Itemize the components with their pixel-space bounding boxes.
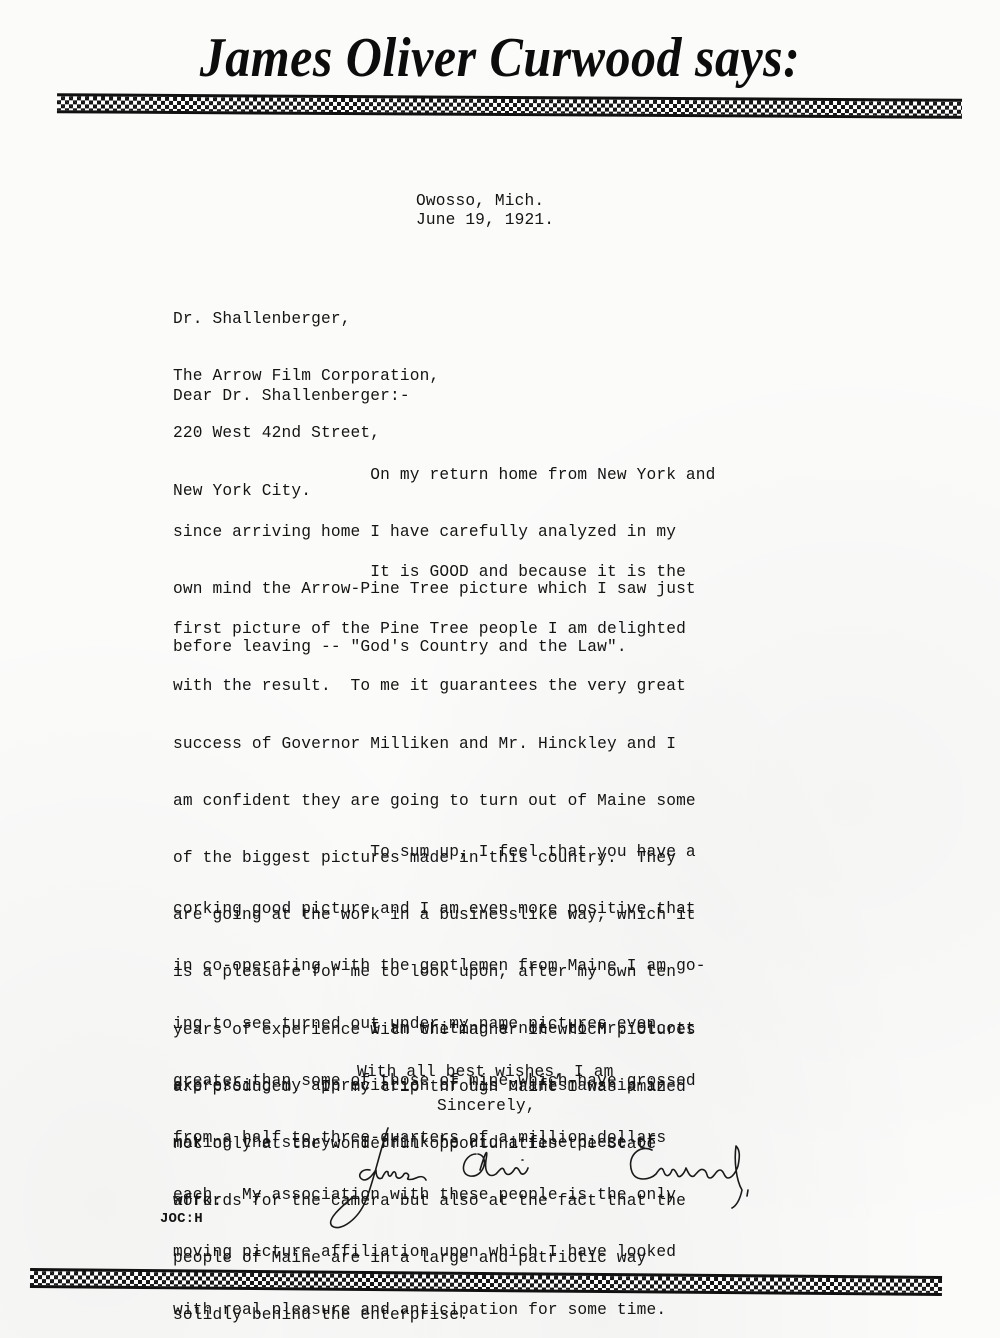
- paragraph-line: moving picture affiliation upon which I …: [173, 1243, 706, 1262]
- paragraph-line: in co-operating with the gentlemen from …: [173, 957, 706, 976]
- handwritten-signature: James Oliver Curwood: [300, 1120, 840, 1240]
- paragraph-line: corking good picture and I am even more …: [173, 900, 706, 919]
- closing-line: With all best wishes, I am: [357, 1063, 613, 1082]
- decorative-border-bottom: [30, 1268, 942, 1296]
- paragraph-line: It is GOOD and because it is the: [173, 563, 696, 582]
- masthead-title: James Oliver Curwood says:: [0, 25, 1000, 90]
- paragraph-line: To sum up, I feel that you have a: [173, 843, 706, 862]
- place: Owosso, Mich.: [416, 192, 554, 211]
- paragraph-line: success of Governor Milliken and Mr. Hin…: [173, 735, 696, 754]
- sign-off: Sincerely,: [437, 1097, 536, 1116]
- paragraph-line: with real pleasure and anticipation for …: [173, 1301, 706, 1320]
- paragraph-line: first picture of the Pine Tree people I …: [173, 620, 696, 639]
- decorative-border-top: [57, 93, 962, 119]
- paragraph-line: On my return home from New York and: [173, 466, 716, 485]
- address-line: The Arrow Film Corporation,: [173, 367, 439, 386]
- paragraph-line: I am writing a note to Mr. Olcott: [173, 1020, 696, 1039]
- date: June 19, 1921.: [416, 211, 554, 230]
- address-line: Dr. Shallenberger,: [173, 310, 439, 329]
- typist-initials: JOC:H: [160, 1210, 203, 1229]
- salutation: Dear Dr. Shallenberger:-: [173, 387, 410, 406]
- letter-place-date: Owosso, Mich.June 19, 1921.: [416, 192, 554, 230]
- paragraph-line: with the result. To me it guarantees the…: [173, 677, 696, 696]
